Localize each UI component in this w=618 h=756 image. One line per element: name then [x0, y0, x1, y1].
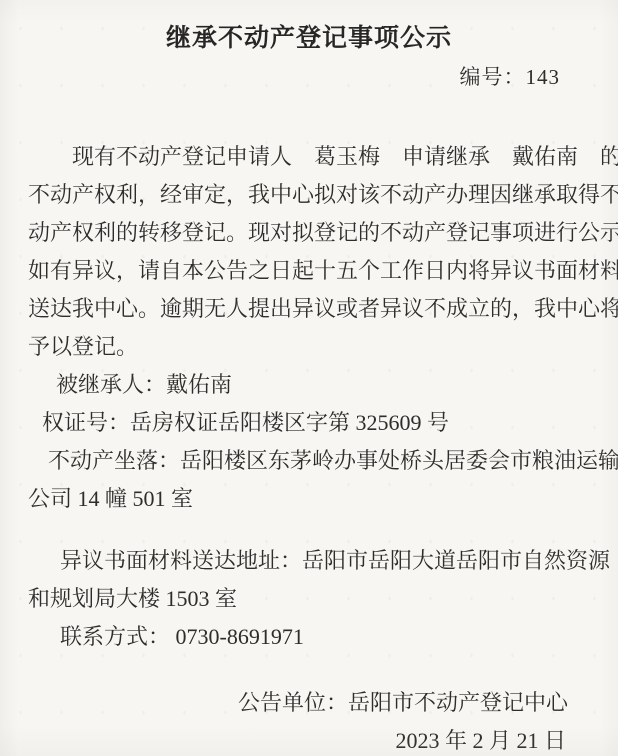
paragraph-line-5: 送达我中心。逾期无人提出异议或者异议不成立的，我中心将: [28, 290, 594, 328]
contact-phone-line: 联系方式： 0730-8691971: [28, 618, 594, 656]
scanned-notice-page: 继承不动产登记事项公示 编号：143 现有不动产登记申请人 葛玉梅 申请继承 戴…: [0, 0, 618, 756]
paragraph-line-3: 动产权利的转移登记。现对拟登记的不动产登记事项进行公示，: [28, 214, 594, 252]
decedent-line: 被继承人：戴佑南: [28, 366, 594, 404]
certificate-number-line: 权证号：岳房权证岳阳楼区字第 325609 号: [28, 404, 594, 442]
issuer-line: 公告单位：岳阳市不动产登记中心: [28, 684, 594, 722]
notice-body: 现有不动产登记申请人 葛玉梅 申请继承 戴佑南 的 不动产权利，经审定，我中心拟…: [28, 138, 594, 756]
property-location-line-2: 公司 14 幢 501 室: [28, 480, 594, 518]
paragraph-line-1: 现有不动产登记申请人 葛玉梅 申请继承 戴佑南 的: [28, 138, 594, 176]
objection-address-line-2: 和规划局大楼 1503 室: [28, 580, 594, 618]
doc-number-value: 143: [526, 65, 561, 89]
paragraph-line-2: 不动产权利，经审定，我中心拟对该不动产办理因继承取得不: [28, 176, 594, 214]
doc-number-label: 编号：: [460, 65, 526, 89]
paragraph-line-6: 予以登记。: [28, 328, 594, 366]
doc-number: 编号：143: [0, 62, 618, 92]
property-location-line-1: 不动产坐落：岳阳楼区东茅岭办事处桥头居委会市粮油运输: [28, 442, 594, 480]
objection-address-line-1: 异议书面材料送达地址：岳阳市岳阳大道岳阳市自然资源: [28, 542, 594, 580]
date-line: 2023 年 2 月 21 日: [28, 722, 594, 756]
paragraph-line-4: 如有异议，请自本公告之日起十五个工作日内将异议书面材料: [28, 252, 594, 290]
notice-title: 继承不动产登记事项公示: [0, 0, 618, 54]
